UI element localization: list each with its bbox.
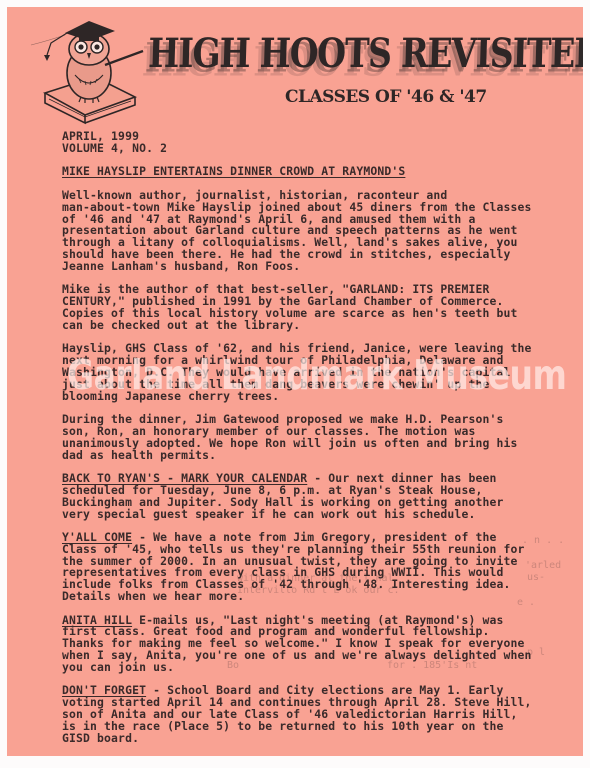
bleed-through-marks: us- <box>527 572 545 583</box>
paragraph-text: Well-known author, journalist, historian… <box>62 188 532 273</box>
issue-volume: VOLUME 4, NO. 2 <box>62 143 582 155</box>
owl-graduate-on-book-icon <box>27 13 147 125</box>
article-headline: MIKE HAYSLIP ENTERTAINS DINNER CROWD AT … <box>62 166 582 178</box>
paragraph-text: Mike is the author of that best-seller, … <box>62 282 518 331</box>
bleed-through-marks: . n . . <box>522 535 564 546</box>
paragraph-text: During the dinner, Jim Gatewood proposed… <box>62 412 518 461</box>
issue-info: APRIL, 1999 VOLUME 4, NO. 2 <box>62 131 582 155</box>
paragraph-anita-hill: ANITA HILL E-mails us, "Last night's mee… <box>62 615 582 674</box>
bleed-through-marks: 'arled <box>525 560 561 571</box>
newsletter-subtitle: CLASSES OF '46 & '47 <box>285 87 487 107</box>
paragraph-book: Mike is the author of that best-seller, … <box>62 284 582 331</box>
bleed-through-marks: Bo <box>227 660 239 671</box>
paragraph-honorary-member: During the dinner, Jim Gatewood proposed… <box>62 414 582 461</box>
paragraph-trip: Hayslip, GHS Class of '62, and his frien… <box>62 343 582 402</box>
bleed-through-marks: e . <box>517 597 535 608</box>
newsletter-page: HIGH HOOTS REVISITED CLASSES OF '46 & '4… <box>7 7 583 756</box>
bleed-through-marks: p l <box>527 647 545 658</box>
paragraph-dont-forget: DON'T FORGET - School Board and City ele… <box>62 685 582 744</box>
bleed-through-marks: with a dinner at the l nal <box>237 573 394 584</box>
paragraph-text: Hayslip, GHS Class of '62, and his frien… <box>62 341 532 402</box>
paragraph-intro: Well-known author, journalist, historian… <box>62 190 582 273</box>
bleed-through-marks: Intervillo Rd t L ok our c. <box>237 585 400 596</box>
newsletter-title: HIGH HOOTS REVISITED <box>148 29 569 77</box>
bleed-through-marks: for . 185'Is nt <box>387 660 477 671</box>
newsletter-body: APRIL, 1999 VOLUME 4, NO. 2 MIKE HAYSLIP… <box>62 131 582 756</box>
paragraph-next-dinner: BACK TO RYAN'S - MARK YOUR CALENDAR - Ou… <box>62 473 582 520</box>
